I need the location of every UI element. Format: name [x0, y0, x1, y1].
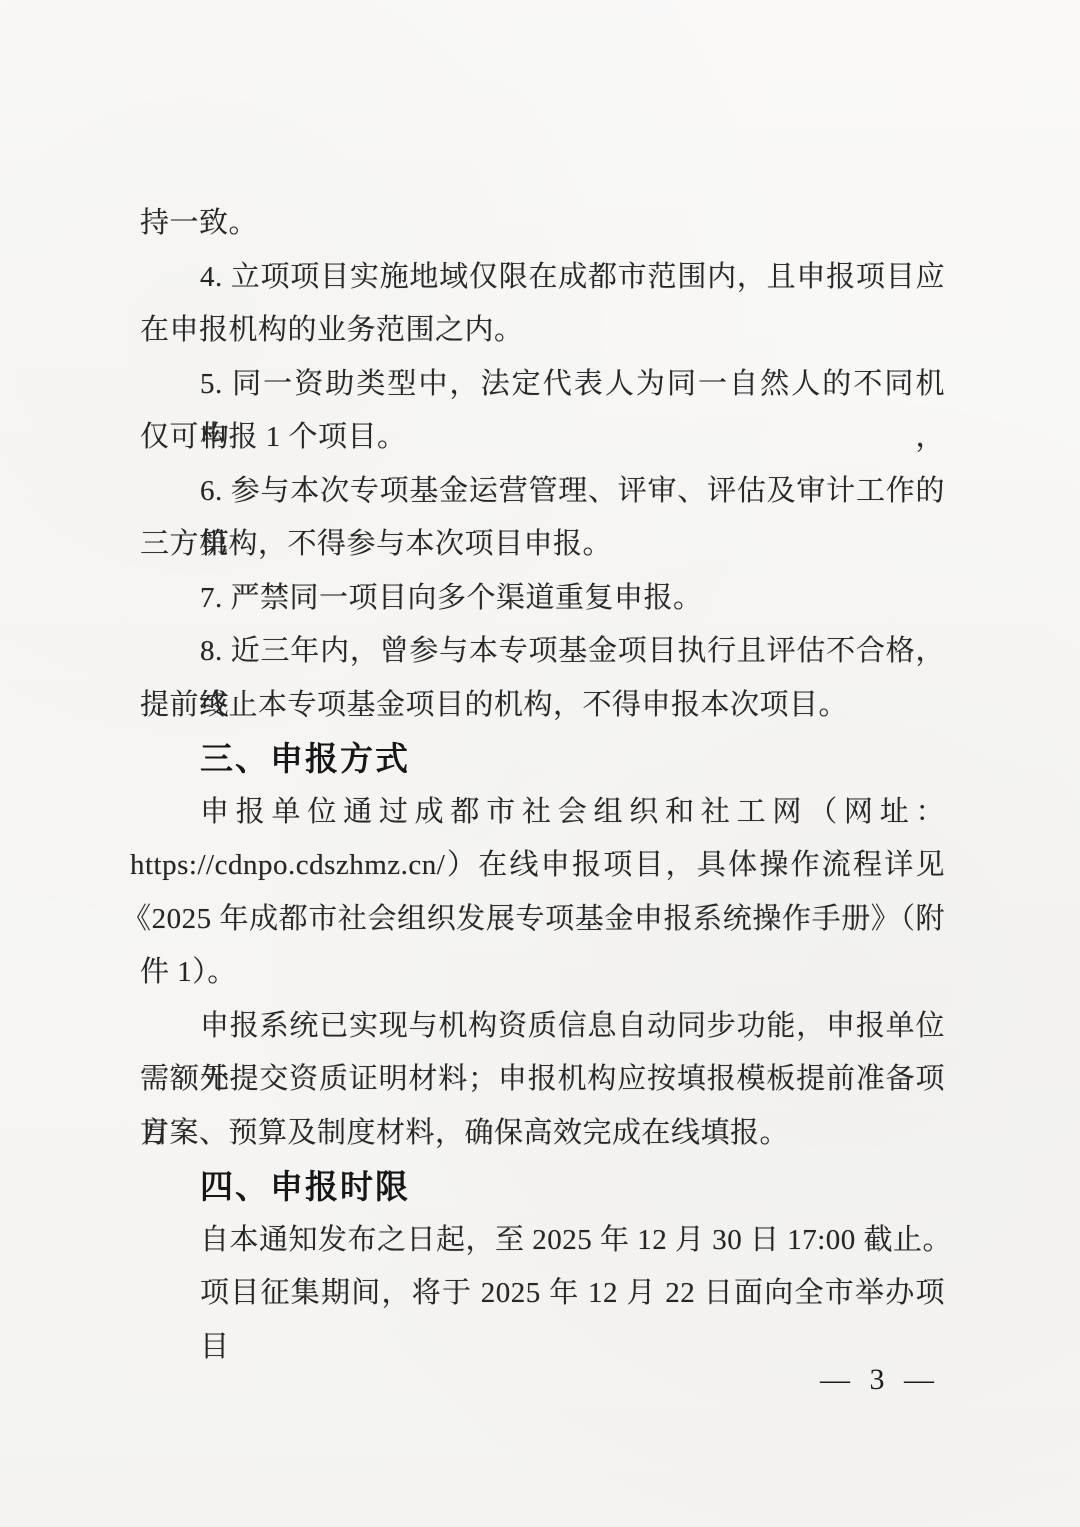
body-line: 《2025 年成都市社会组织发展专项基金申报系统操作手册》（附	[122, 893, 945, 947]
body-line-item-7: 7. 严禁同一项目向多个渠道重复申报。	[140, 572, 945, 626]
body-line: 方案、预算及制度材料，确保高效完成在线填报。	[140, 1107, 945, 1161]
page-number: — 3 —	[820, 1360, 940, 1400]
body-line: 持一致。	[140, 197, 945, 251]
body-line: 申报单位通过成都市社会组织和社工网（网址：	[140, 786, 945, 840]
document-page: 持一致。 4. 立项项目实施地域仅限在成都市范围内，且申报项目应 在申报机构的业…	[0, 0, 1080, 1527]
heading-section-3: 三、申报方式	[140, 732, 945, 786]
body-line-item-8: 8. 近三年内，曾参与本专项基金项目执行且评估不合格，或	[140, 625, 945, 679]
body-line: 件 1）。	[140, 946, 945, 1000]
body-line-item-5: 5. 同一资助类型中，法定代表人为同一自然人的不同机构，	[140, 358, 945, 412]
body-line-url: https://cdnpo.cdszhmz.cn/）在线申报项目，具体操作流程详…	[130, 839, 945, 893]
body-line: 自本通知发布之日起，至 2025 年 12 月 30 日 17:00 截止。	[140, 1214, 945, 1268]
body-line: 申报系统已实现与机构资质信息自动同步功能，申报单位无	[140, 1000, 945, 1054]
body-line: 在申报机构的业务范围之内。	[140, 304, 945, 358]
heading-section-4: 四、申报时限	[140, 1160, 945, 1214]
document-body: 持一致。 4. 立项项目实施地域仅限在成都市范围内，且申报项目应 在申报机构的业…	[140, 197, 945, 1321]
body-line: 项目征集期间，将于 2025 年 12 月 22 日面向全市举办项目	[140, 1267, 945, 1321]
body-line-item-4: 4. 立项项目实施地域仅限在成都市范围内，且申报项目应	[140, 251, 945, 305]
body-line: 提前终止本专项基金项目的机构，不得申报本次项目。	[140, 679, 945, 733]
body-line: 需额外提交资质证明材料；申报机构应按填报模板提前准备项目	[140, 1053, 945, 1107]
body-line-item-6: 6. 参与本次专项基金运营管理、评审、评估及审计工作的第	[140, 465, 945, 519]
body-line: 三方机构，不得参与本次项目申报。	[140, 518, 945, 572]
